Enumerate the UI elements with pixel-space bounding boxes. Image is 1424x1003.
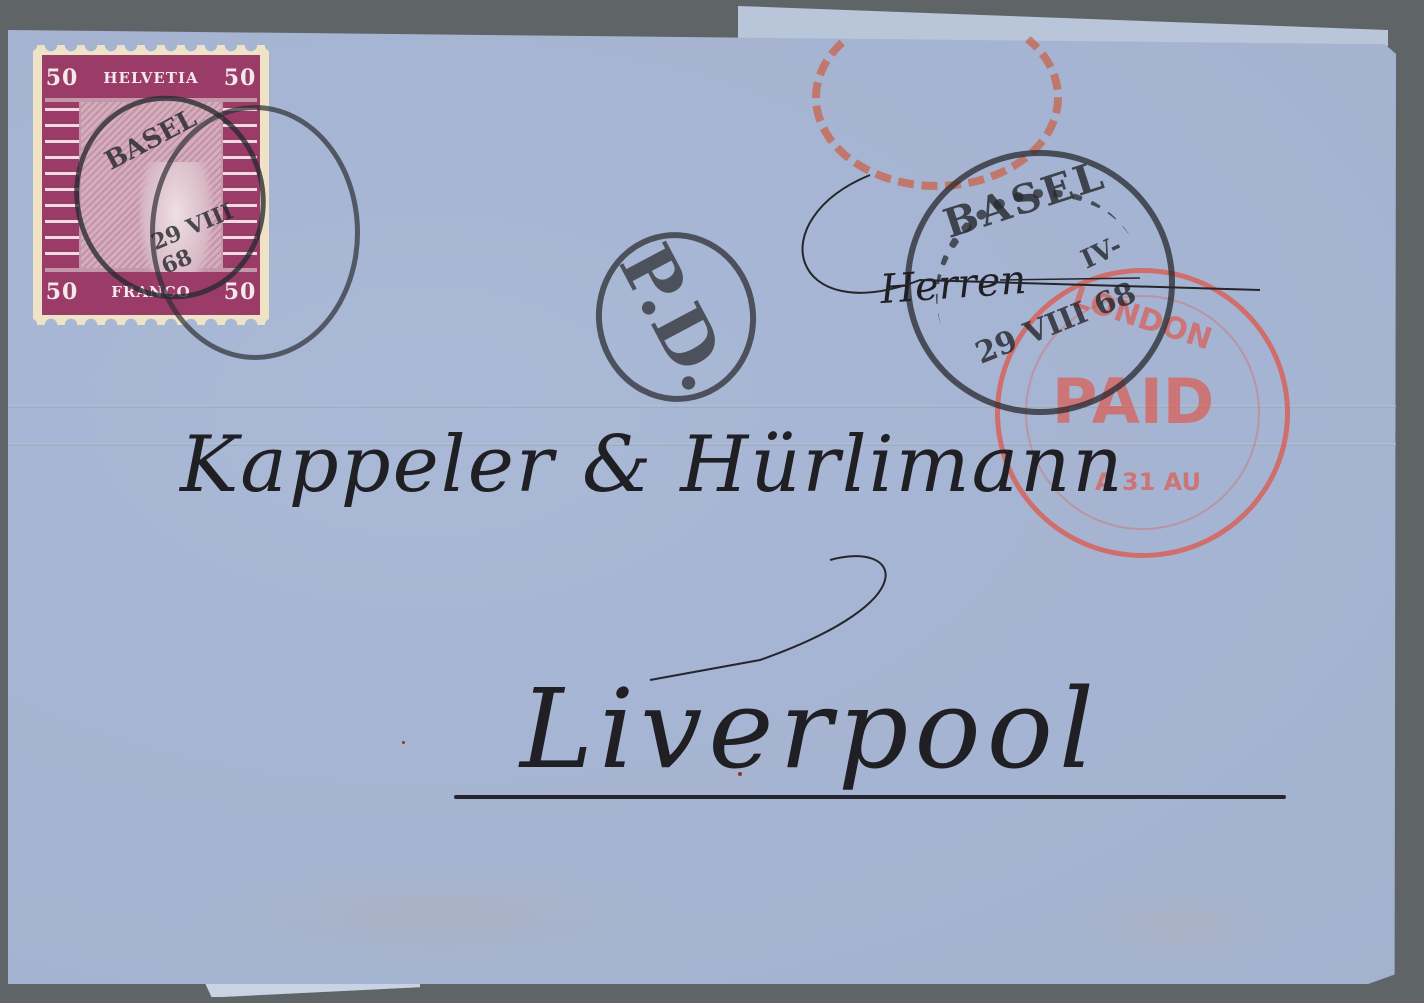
stamp-value-bottom-left: 50: [45, 272, 79, 312]
postmark-town: BASEL: [100, 104, 202, 177]
stamp-value-top-left: 50: [45, 58, 79, 98]
paper-stain: [180, 860, 700, 970]
ink-speck: [402, 741, 405, 744]
stamp-country: HELVETIA: [79, 58, 223, 98]
address-addressee: Kappeler & Hürlimann: [180, 420, 1125, 510]
stamp-value-top-right: 50: [223, 58, 257, 98]
paper-stain: [1050, 880, 1310, 970]
photo-scene: 50 HELVETIA 50 50 FRANCO 50 BASEL 29 VII…: [0, 0, 1424, 1003]
address-underline: [454, 795, 1286, 799]
pd-label: P.D.: [603, 230, 750, 404]
ink-speck: [738, 772, 742, 776]
enclosure-edge: [205, 983, 420, 997]
address-city: Liverpool: [520, 665, 1100, 793]
